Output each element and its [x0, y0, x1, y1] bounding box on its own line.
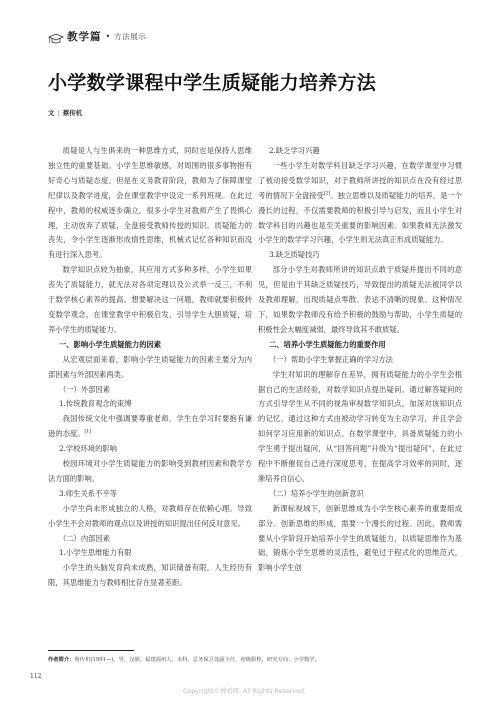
subsubsection-heading: 1.小学生思维能力有限: [48, 546, 252, 561]
subsection-heading: （二）内部因素: [48, 532, 252, 547]
subsubsection-heading: 2.学校环境的影响: [48, 442, 252, 457]
running-header: 教学篇 • 方法展示: [48, 28, 146, 44]
header-separator: •: [106, 32, 111, 41]
footnote-divider: [48, 650, 134, 651]
subsection-heading: （一）外部因素: [48, 383, 252, 398]
article-title: 小学数学课程中学生质疑能力培养方法: [48, 68, 376, 95]
paragraph-text: 我国传统文化中强调要尊重老师，学生在学习时要抱有谦逊的态度。: [48, 414, 252, 438]
subsubsection-heading: 2.缺乏学习兴趣: [258, 144, 462, 159]
paragraph: 小学生的头脑发育尚未成熟，知识储备有限，人生经历有限，其思维能力与教师相比存在显…: [48, 561, 252, 591]
byline-separator: |: [58, 109, 60, 117]
paragraph: 一些小学生对数学科目缺乏学习兴趣，在数学课堂中习惯了被动接受数学知识，对于教师所…: [258, 159, 462, 248]
byline: 文|蔡传机: [48, 108, 82, 117]
right-column: 2.缺乏学习兴趣 一些小学生对数学科目缺乏学习兴趣，在数学课堂中习惯了被动接受数…: [258, 144, 462, 576]
subsection-name: 方法展示: [114, 31, 146, 42]
subsubsection-heading: 1.传统教育观念的束缚: [48, 397, 252, 412]
footnote-text: 蔡传机(1991—)，男，汉族，福建福州人，本科，总务保卫处副主任，初级职称，研…: [75, 657, 320, 663]
paragraph: 质疑是人与生俱来的一种思维方式，同时也是保持人思维独立性的重要基础。小学生思维敏…: [48, 144, 252, 263]
paragraph: 部分小学生对教师所讲的知识点敢于质疑并提出不同的意见，但是由于其缺乏质疑技巧，导…: [258, 263, 462, 338]
graduation-cap-icon: [48, 30, 64, 42]
citation: [1]: [84, 430, 90, 435]
page-number: 112: [30, 673, 41, 680]
byline-prefix: 文: [48, 109, 55, 117]
subsection-heading: （二）培养小学生的创新意识: [258, 487, 462, 502]
paragraph: 学生对知识的理解存在差异，拥有质疑能力的小学生会根据自己的生活经验，对数学知识点…: [258, 368, 462, 487]
paragraph: 数学知识点较为抽象，其应用方式多种多样，小学生如果丧失了质疑能力，就无法对各项定…: [48, 263, 252, 338]
footnote-label: 作者简介：: [48, 657, 75, 663]
paragraph: 我国传统文化中强调要尊重老师，学生在学习时要抱有谦逊的态度。[1]: [48, 412, 252, 442]
left-column: 质疑是人与生俱来的一种思维方式，同时也是保持人思维独立性的重要基础。小学生思维敏…: [48, 144, 252, 591]
section-heading: 一、影响小学生质疑能力的因素: [48, 338, 252, 353]
section-heading: 二、培养小学生质疑能力的重要作用: [258, 338, 462, 353]
paragraph: 小学生尚未形成独立的人格，对教师存在依赖心理。导致小学生不会对教师的观点以及讲授…: [48, 502, 252, 532]
subsubsection-heading: 3.缺乏质疑技巧: [258, 248, 462, 263]
paragraph: 从宏观层面来看，影响小学生质疑能力的因素主要分为内部因素与外部因素两类。: [48, 353, 252, 383]
section-name: 教学篇: [67, 29, 102, 44]
subsubsection-heading: 3.师生关系不平等: [48, 487, 252, 502]
paragraph: 校园环境对小学生质疑能力的影响受到教材因素和教学方法方面的影响。: [48, 457, 252, 487]
author-footnote: 作者简介：蔡传机(1991—)，男，汉族，福建福州人，本科，总务保卫处副主任，初…: [48, 655, 468, 663]
author-name: 蔡传机: [63, 109, 83, 117]
subsection-heading: （一）帮助小学生掌握正确的学习方法: [258, 353, 462, 368]
paragraph: 新课标视域下，创新思维成为小学生核心素养的重要组成部分。创新思维的形成，需要一个…: [258, 502, 462, 577]
copyright-watermark: Copyright©博看网. All Rights Reserved.: [183, 686, 306, 695]
